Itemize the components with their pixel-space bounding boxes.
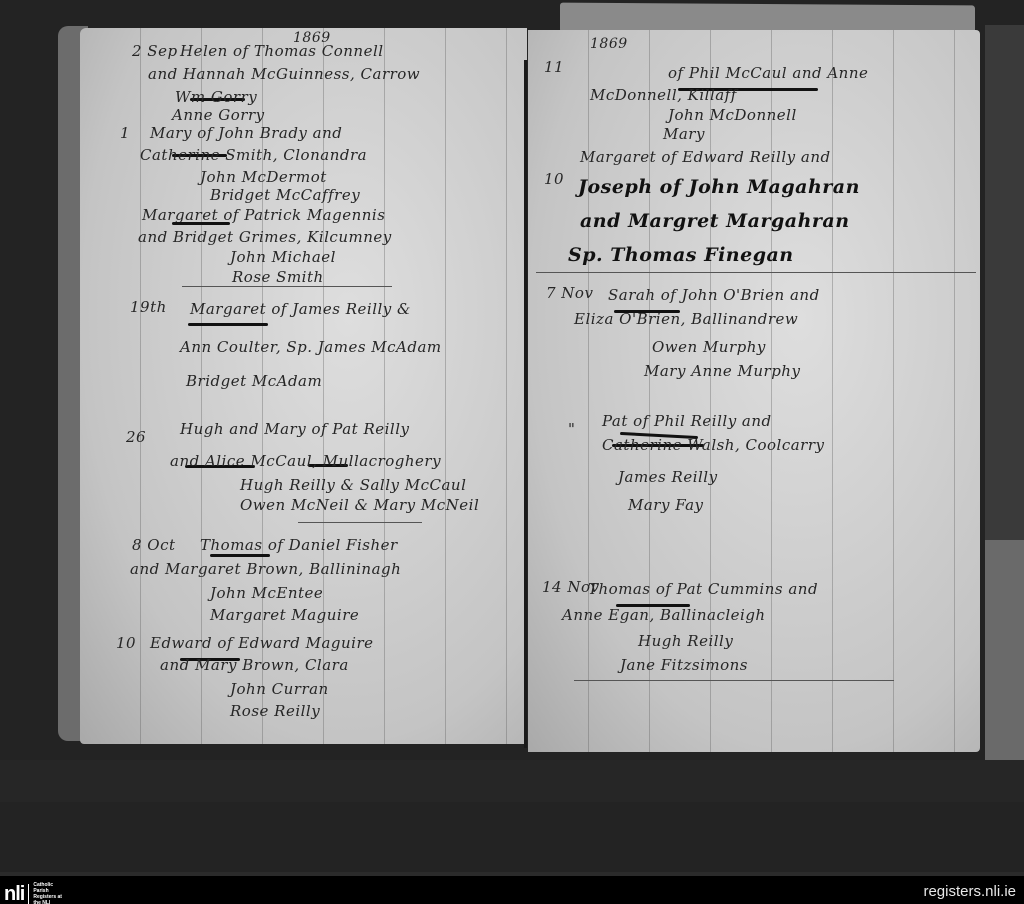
entry-line: Mary Anne Murphy: [644, 362, 800, 380]
entry-separator: [536, 272, 976, 273]
entry-line: Hugh and Mary of Pat Reilly: [180, 420, 410, 438]
entry-date: 2 Sep: [132, 42, 178, 60]
entry-line: and Hannah McGuinness, Carrow: [148, 65, 420, 83]
entry-date: 19th: [130, 298, 167, 316]
entry-date: 7 Nov: [546, 284, 593, 302]
table-surface: [0, 760, 1024, 802]
entry-line: Bridget McAdam: [186, 372, 322, 390]
entry-line: John McDermot: [200, 168, 327, 186]
nli-logo[interactable]: nli Catholic Parish Registers at the NLI: [4, 882, 67, 904]
entry-line: and Mary Brown, Clara: [160, 656, 349, 674]
entry-line: Helen of Thomas Connell: [180, 42, 384, 60]
entry-line: of Phil McCaul and Anne: [668, 64, 868, 82]
entry-line: John McEntee: [210, 584, 323, 602]
entry-line: and Margaret Brown, Ballininagh: [130, 560, 401, 578]
entry-line: John McDonnell: [668, 106, 797, 124]
entry-separator: [574, 680, 894, 681]
entry-line: and Margret Margahran: [580, 210, 850, 232]
entry-line: Thomas of Pat Cummins and: [588, 580, 818, 598]
entry-date: 8 Oct: [132, 536, 176, 554]
entry-line: and Alice McCaul, Mullacroghery: [170, 452, 441, 470]
entry-line: Owen Murphy: [652, 338, 766, 356]
entry-date: 10: [544, 170, 564, 188]
page-gutter: [524, 60, 527, 748]
entry-line: Anne Egan, Ballinacleigh: [562, 606, 766, 624]
year-header: 1869: [590, 36, 628, 52]
entry-line: Wm Gorry: [175, 88, 257, 106]
entry-line: Eliza O'Brien, Ballinandrew: [574, 310, 798, 328]
entry-line: McDonnell, Killaff: [590, 86, 737, 104]
entry-line: Margaret of James Reilly &: [190, 300, 411, 318]
logo-caption: Catholic Parish Registers at the NLI: [33, 882, 67, 904]
entry-line: Edward of Edward Maguire: [150, 634, 374, 652]
register-photograph: 1869 2 Sep Helen of Thomas Connell and H…: [0, 0, 1024, 872]
entry-date: 1: [120, 124, 130, 142]
entry-line: Mary of John Brady and: [150, 124, 342, 142]
entry-date: 10: [116, 634, 136, 652]
entry-line: Thomas of Daniel Fisher: [200, 536, 398, 554]
entry-line: Anne Gorry: [172, 106, 265, 124]
entry-line: James Reilly: [618, 468, 718, 486]
entry-line: Ann Coulter, Sp. James McAdam: [180, 338, 442, 356]
background-cloth: [985, 25, 1024, 540]
entry-line: John Curran: [230, 680, 329, 698]
entry-line: Mary: [663, 125, 705, 143]
entry-date: ": [568, 420, 575, 438]
name-underline: [210, 554, 270, 557]
entry-line: Catherine Walsh, Coolcarry: [602, 436, 825, 454]
entry-line: Hugh Reilly: [638, 632, 733, 650]
entry-date: 11: [544, 58, 564, 76]
entry-line: Sp. Thomas Finegan: [568, 244, 794, 266]
entry-line: Jane Fitzsimons: [620, 656, 748, 674]
entry-line: Margaret Maguire: [210, 606, 359, 624]
entry-line: Pat of Phil Reilly and: [602, 412, 772, 430]
entry-line: Joseph of John Magahran: [578, 176, 860, 198]
entry-line: Hugh Reilly & Sally McCaul: [240, 476, 466, 494]
left-page: 1869 2 Sep Helen of Thomas Connell and H…: [80, 28, 527, 744]
entry-line: Mary Fay: [628, 496, 704, 514]
logo-divider: [28, 884, 29, 904]
nli-logo-mark: nli: [4, 884, 24, 904]
entry-line: Rose Smith: [232, 268, 324, 286]
footer-bar: nli Catholic Parish Registers at the NLI…: [0, 872, 1024, 904]
site-link[interactable]: registers.nli.ie: [923, 883, 1016, 900]
entry-separator: [298, 522, 422, 523]
entry-line: and Bridget Grimes, Kilcumney: [138, 228, 392, 246]
entry-line: Sarah of John O'Brien and: [608, 286, 820, 304]
name-underline: [188, 323, 268, 326]
entry-line: John Michael: [230, 248, 336, 266]
entry-line: Rose Reilly: [230, 702, 320, 720]
right-page: 1869 11 of Phil McCaul and Anne McDonnel…: [528, 30, 980, 752]
entry-line: Margaret of Edward Reilly and: [580, 148, 831, 166]
entry-line: Owen McNeil & Mary McNeil: [240, 496, 479, 514]
entry-date: 26: [126, 428, 146, 446]
name-underline: [172, 222, 230, 225]
entry-line: Bridget McCaffrey: [210, 186, 360, 204]
entry-line: Catherine Smith, Clonandra: [140, 146, 367, 164]
entry-separator: [182, 286, 392, 287]
